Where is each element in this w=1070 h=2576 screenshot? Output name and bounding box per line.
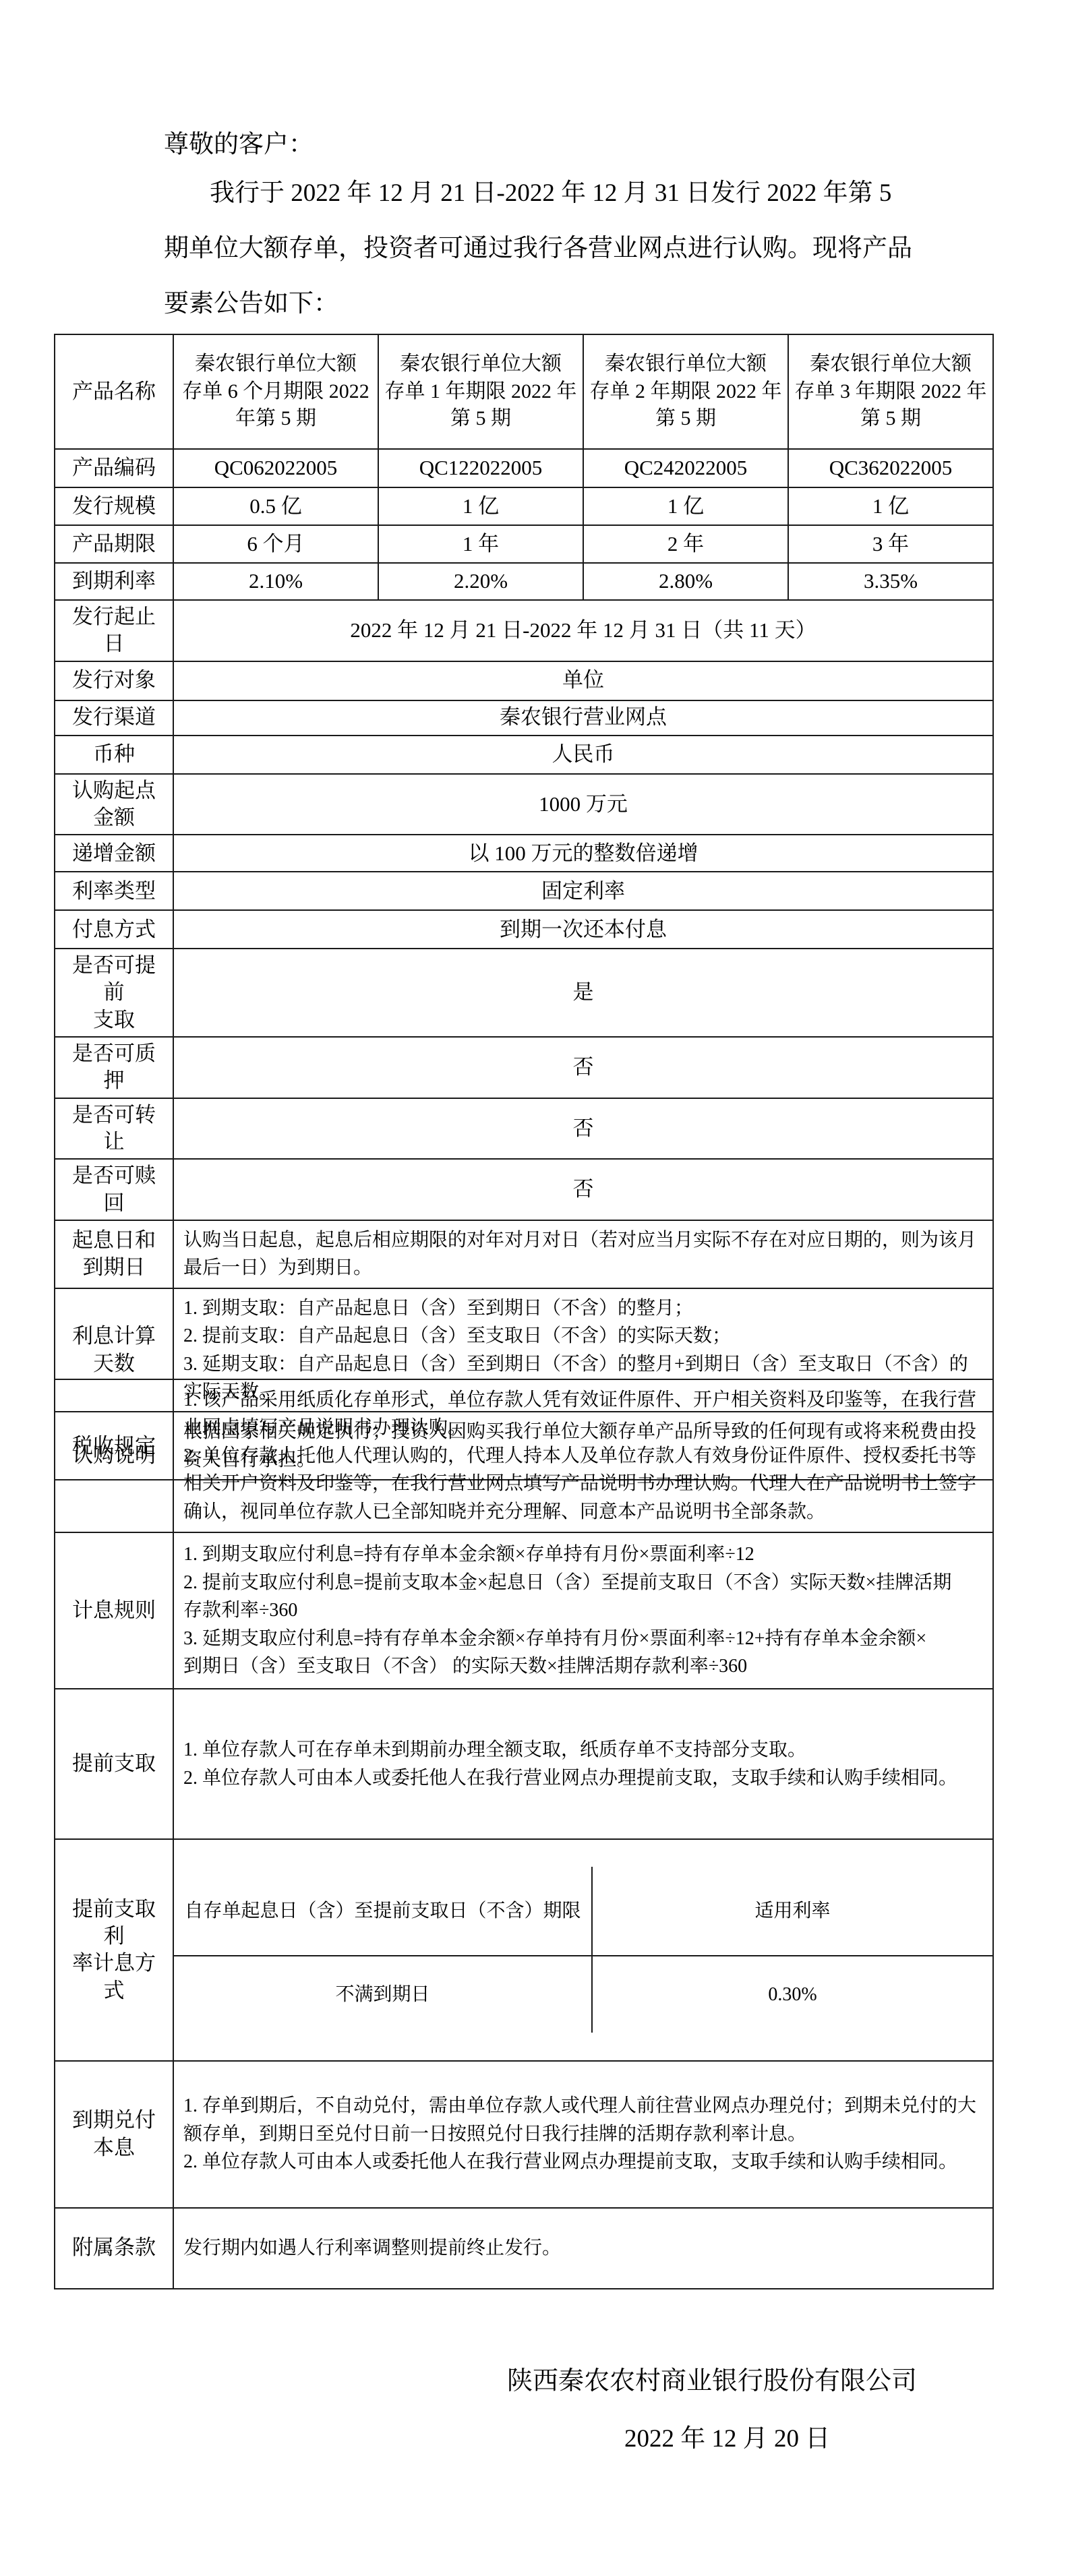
product-detail-table: 认购说明 1. 该产品采用纸质化存单形式，单位存款人凭有效证件原件、开户相关资料… xyxy=(54,1379,994,2289)
issue-scale-cell: 1 亿 xyxy=(788,487,993,525)
row-early-rate: 提前支取利 率计息方式 自存单起息日（含）至提前支取日（不含）期限 适用利率 不… xyxy=(55,1839,993,2061)
row-label: 发行渠道 xyxy=(55,700,173,736)
product-code-cell: QC362022005 xyxy=(788,449,993,487)
product-term-cell: 3 年 xyxy=(788,525,993,563)
row-interest-rule: 计息规则 1. 到期支取应付利息=持有存单本金余额×存单持有月份×票面利率÷12… xyxy=(55,1532,993,1689)
row-issue-period: 发行起止日 2022 年 12 月 21 日-2022 年 12 月 31 日（… xyxy=(55,600,993,661)
maturity-pay-cell: 1. 存单到期后，不自动兑付，需由单位存款人或代理人前往营业网点办理兑付；到期未… xyxy=(173,2061,993,2208)
value-date-cell: 认购当日起息，起息后相应期限的对年对月对日（若对应当月实际不存在对应日期的，则为… xyxy=(173,1220,993,1288)
product-code-cell: QC062022005 xyxy=(173,449,378,487)
row-label: 利率类型 xyxy=(55,872,173,910)
maturity-rate-cell: 2.20% xyxy=(378,563,583,600)
row-label: 付息方式 xyxy=(55,910,173,949)
early-rate-rate-value: 0.30% xyxy=(591,1955,992,2033)
maturity-rate-cell: 2.80% xyxy=(583,563,788,600)
row-early-withdraw: 提前支取 1. 单位存款人可在存单未到期前办理全额支取，纸质存单不支持部分支取。… xyxy=(55,1689,993,1839)
intro-line-3: 要素公告如下： xyxy=(164,290,338,319)
purchase-note-cell: 1. 该产品采用纸质化存单形式，单位存款人凭有效证件原件、开户相关资料及印鉴等，… xyxy=(173,1379,993,1532)
early-rate-period-value: 不满到期日 xyxy=(174,1955,591,2033)
row-label: 提前支取利 率计息方式 xyxy=(55,1839,173,2061)
issue-scale-cell: 1 亿 xyxy=(378,487,583,525)
intro-line-2: 期单位大额存单，投资者可通过我行各营业网点进行认购。现将产品 xyxy=(164,235,912,264)
row-label: 是否可转让 xyxy=(55,1098,173,1160)
row-product-code: 产品编码 QC062022005 QC122022005 QC242022005… xyxy=(55,449,993,487)
row-label: 到期兑付 本息 xyxy=(55,2061,173,2208)
maturity-rate-cell: 3.35% xyxy=(788,563,993,600)
redeem-cell: 否 xyxy=(173,1159,993,1220)
product-code-cell: QC122022005 xyxy=(378,449,583,487)
row-appendix: 附属条款 发行期内如遇人行利率调整则提前终止发行。 xyxy=(55,2208,993,2289)
issue-scale-cell: 1 亿 xyxy=(583,487,788,525)
min-amount-cell: 1000 万元 xyxy=(173,774,993,835)
issue-period-cell: 2022 年 12 月 21 日-2022 年 12 月 31 日（共 11 天… xyxy=(173,600,993,661)
row-label: 计息规则 xyxy=(55,1532,173,1689)
row-label: 起息日和 到期日 xyxy=(55,1220,173,1288)
greeting-line: 尊敬的客户： xyxy=(164,131,314,160)
rate-type-cell: 固定利率 xyxy=(173,872,993,910)
pay-method-cell: 到期一次还本付息 xyxy=(173,910,993,949)
row-product-name: 产品名称 秦农银行单位大额 存单 6 个月期限 2022 年第 5 期 秦农银行… xyxy=(55,334,993,449)
row-purchase-note: 认购说明 1. 该产品采用纸质化存单形式，单位存款人凭有效证件原件、开户相关资料… xyxy=(55,1379,993,1532)
row-label: 附属条款 xyxy=(55,2208,173,2289)
row-label: 产品名称 xyxy=(55,334,173,449)
early-withdraw-cell: 1. 单位存款人可在存单未到期前办理全额支取，纸质存单不支持部分支取。 2. 单… xyxy=(173,1689,993,1839)
row-value-date: 起息日和 到期日 认购当日起息，起息后相应期限的对年对月对日（若对应当月实际不存… xyxy=(55,1220,993,1288)
appendix-cell: 发行期内如遇人行利率调整则提前终止发行。 xyxy=(173,2208,993,2289)
row-maturity-rate: 到期利率 2.10% 2.20% 2.80% 3.35% xyxy=(55,563,993,600)
maturity-rate-cell: 2.10% xyxy=(173,563,378,600)
row-label: 产品编码 xyxy=(55,449,173,487)
row-issue-channel: 发行渠道 秦农银行营业网点 xyxy=(55,700,993,736)
early-allowed-cell: 是 xyxy=(173,949,993,1037)
row-rate-type: 利率类型 固定利率 xyxy=(55,872,993,910)
interest-rule-cell: 1. 到期支取应付利息=持有存单本金余额×存单持有月份×票面利率÷12 2. 提… xyxy=(173,1532,993,1689)
pledge-cell: 否 xyxy=(173,1037,993,1098)
row-label: 发行规模 xyxy=(55,487,173,525)
product-summary-table: 产品名称 秦农银行单位大额 存单 6 个月期限 2022 年第 5 期 秦农银行… xyxy=(54,334,994,1480)
row-issue-target: 发行对象 单位 xyxy=(55,661,993,700)
intro-line-1: 我行于 2022 年 12 月 21 日-2022 年 12 月 31 日发行 … xyxy=(210,179,891,208)
row-label: 发行对象 xyxy=(55,661,173,700)
row-label: 币种 xyxy=(55,736,173,774)
product-name-cell: 秦农银行单位大额 存单 3 年期限 2022 年 第 5 期 xyxy=(788,334,993,449)
issue-target-cell: 单位 xyxy=(173,661,993,700)
footer-date: 2022 年 12 月 20 日 xyxy=(624,2418,830,2454)
row-issue-scale: 发行规模 0.5 亿 1 亿 1 亿 1 亿 xyxy=(55,487,993,525)
issue-scale-cell: 0.5 亿 xyxy=(173,487,378,525)
row-early-allowed: 是否可提前 支取 是 xyxy=(55,949,993,1037)
issue-channel-cell: 秦农银行营业网点 xyxy=(173,700,993,736)
row-label: 认购起点 金额 xyxy=(55,774,173,835)
row-label: 产品期限 xyxy=(55,525,173,563)
product-code-cell: QC242022005 xyxy=(583,449,788,487)
product-name-cell: 秦农银行单位大额 存单 1 年期限 2022 年 第 5 期 xyxy=(378,334,583,449)
row-currency: 币种 人民币 xyxy=(55,736,993,774)
product-name-cell: 秦农银行单位大额 存单 6 个月期限 2022 年第 5 期 xyxy=(173,334,378,449)
transfer-cell: 否 xyxy=(173,1098,993,1160)
early-rate-period-header: 自存单起息日（含）至提前支取日（不含）期限 xyxy=(174,1867,591,1954)
footer-company-name: 陕西秦农农村商业银行股份有限公司 xyxy=(507,2360,917,2397)
row-increment: 递增金额 以 100 万元的整数倍递增 xyxy=(55,835,993,872)
row-pledge: 是否可质押 否 xyxy=(55,1037,993,1098)
product-term-cell: 2 年 xyxy=(583,525,788,563)
row-maturity-pay: 到期兑付 本息 1. 存单到期后，不自动兑付，需由单位存款人或代理人前往营业网点… xyxy=(55,2061,993,2208)
row-redeem: 是否可赎回 否 xyxy=(55,1159,993,1220)
product-term-cell: 1 年 xyxy=(378,525,583,563)
row-transfer: 是否可转让 否 xyxy=(55,1098,993,1160)
row-label: 是否可提前 支取 xyxy=(55,949,173,1037)
row-pay-method: 付息方式 到期一次还本付息 xyxy=(55,910,993,949)
row-label: 认购说明 xyxy=(55,1379,173,1532)
row-label: 是否可赎回 xyxy=(55,1159,173,1220)
currency-cell: 人民币 xyxy=(173,736,993,774)
product-term-cell: 6 个月 xyxy=(173,525,378,563)
row-label: 递增金额 xyxy=(55,835,173,872)
row-label: 发行起止日 xyxy=(55,600,173,661)
increment-cell: 以 100 万元的整数倍递增 xyxy=(173,835,993,872)
row-label: 到期利率 xyxy=(55,563,173,600)
document-page: { "intro": { "greeting": "尊敬的客户：", "line… xyxy=(0,0,1070,2576)
row-label: 是否可质押 xyxy=(55,1037,173,1098)
row-min-amount: 认购起点 金额 1000 万元 xyxy=(55,774,993,835)
product-name-cell: 秦农银行单位大额 存单 2 年期限 2022 年 第 5 期 xyxy=(583,334,788,449)
early-rate-rate-header: 适用利率 xyxy=(591,1867,992,1954)
row-product-term: 产品期限 6 个月 1 年 2 年 3 年 xyxy=(55,525,993,563)
early-rate-subtable: 自存单起息日（含）至提前支取日（不含）期限 适用利率 不满到期日 0.30% xyxy=(173,1839,993,2061)
row-label: 提前支取 xyxy=(55,1689,173,1839)
